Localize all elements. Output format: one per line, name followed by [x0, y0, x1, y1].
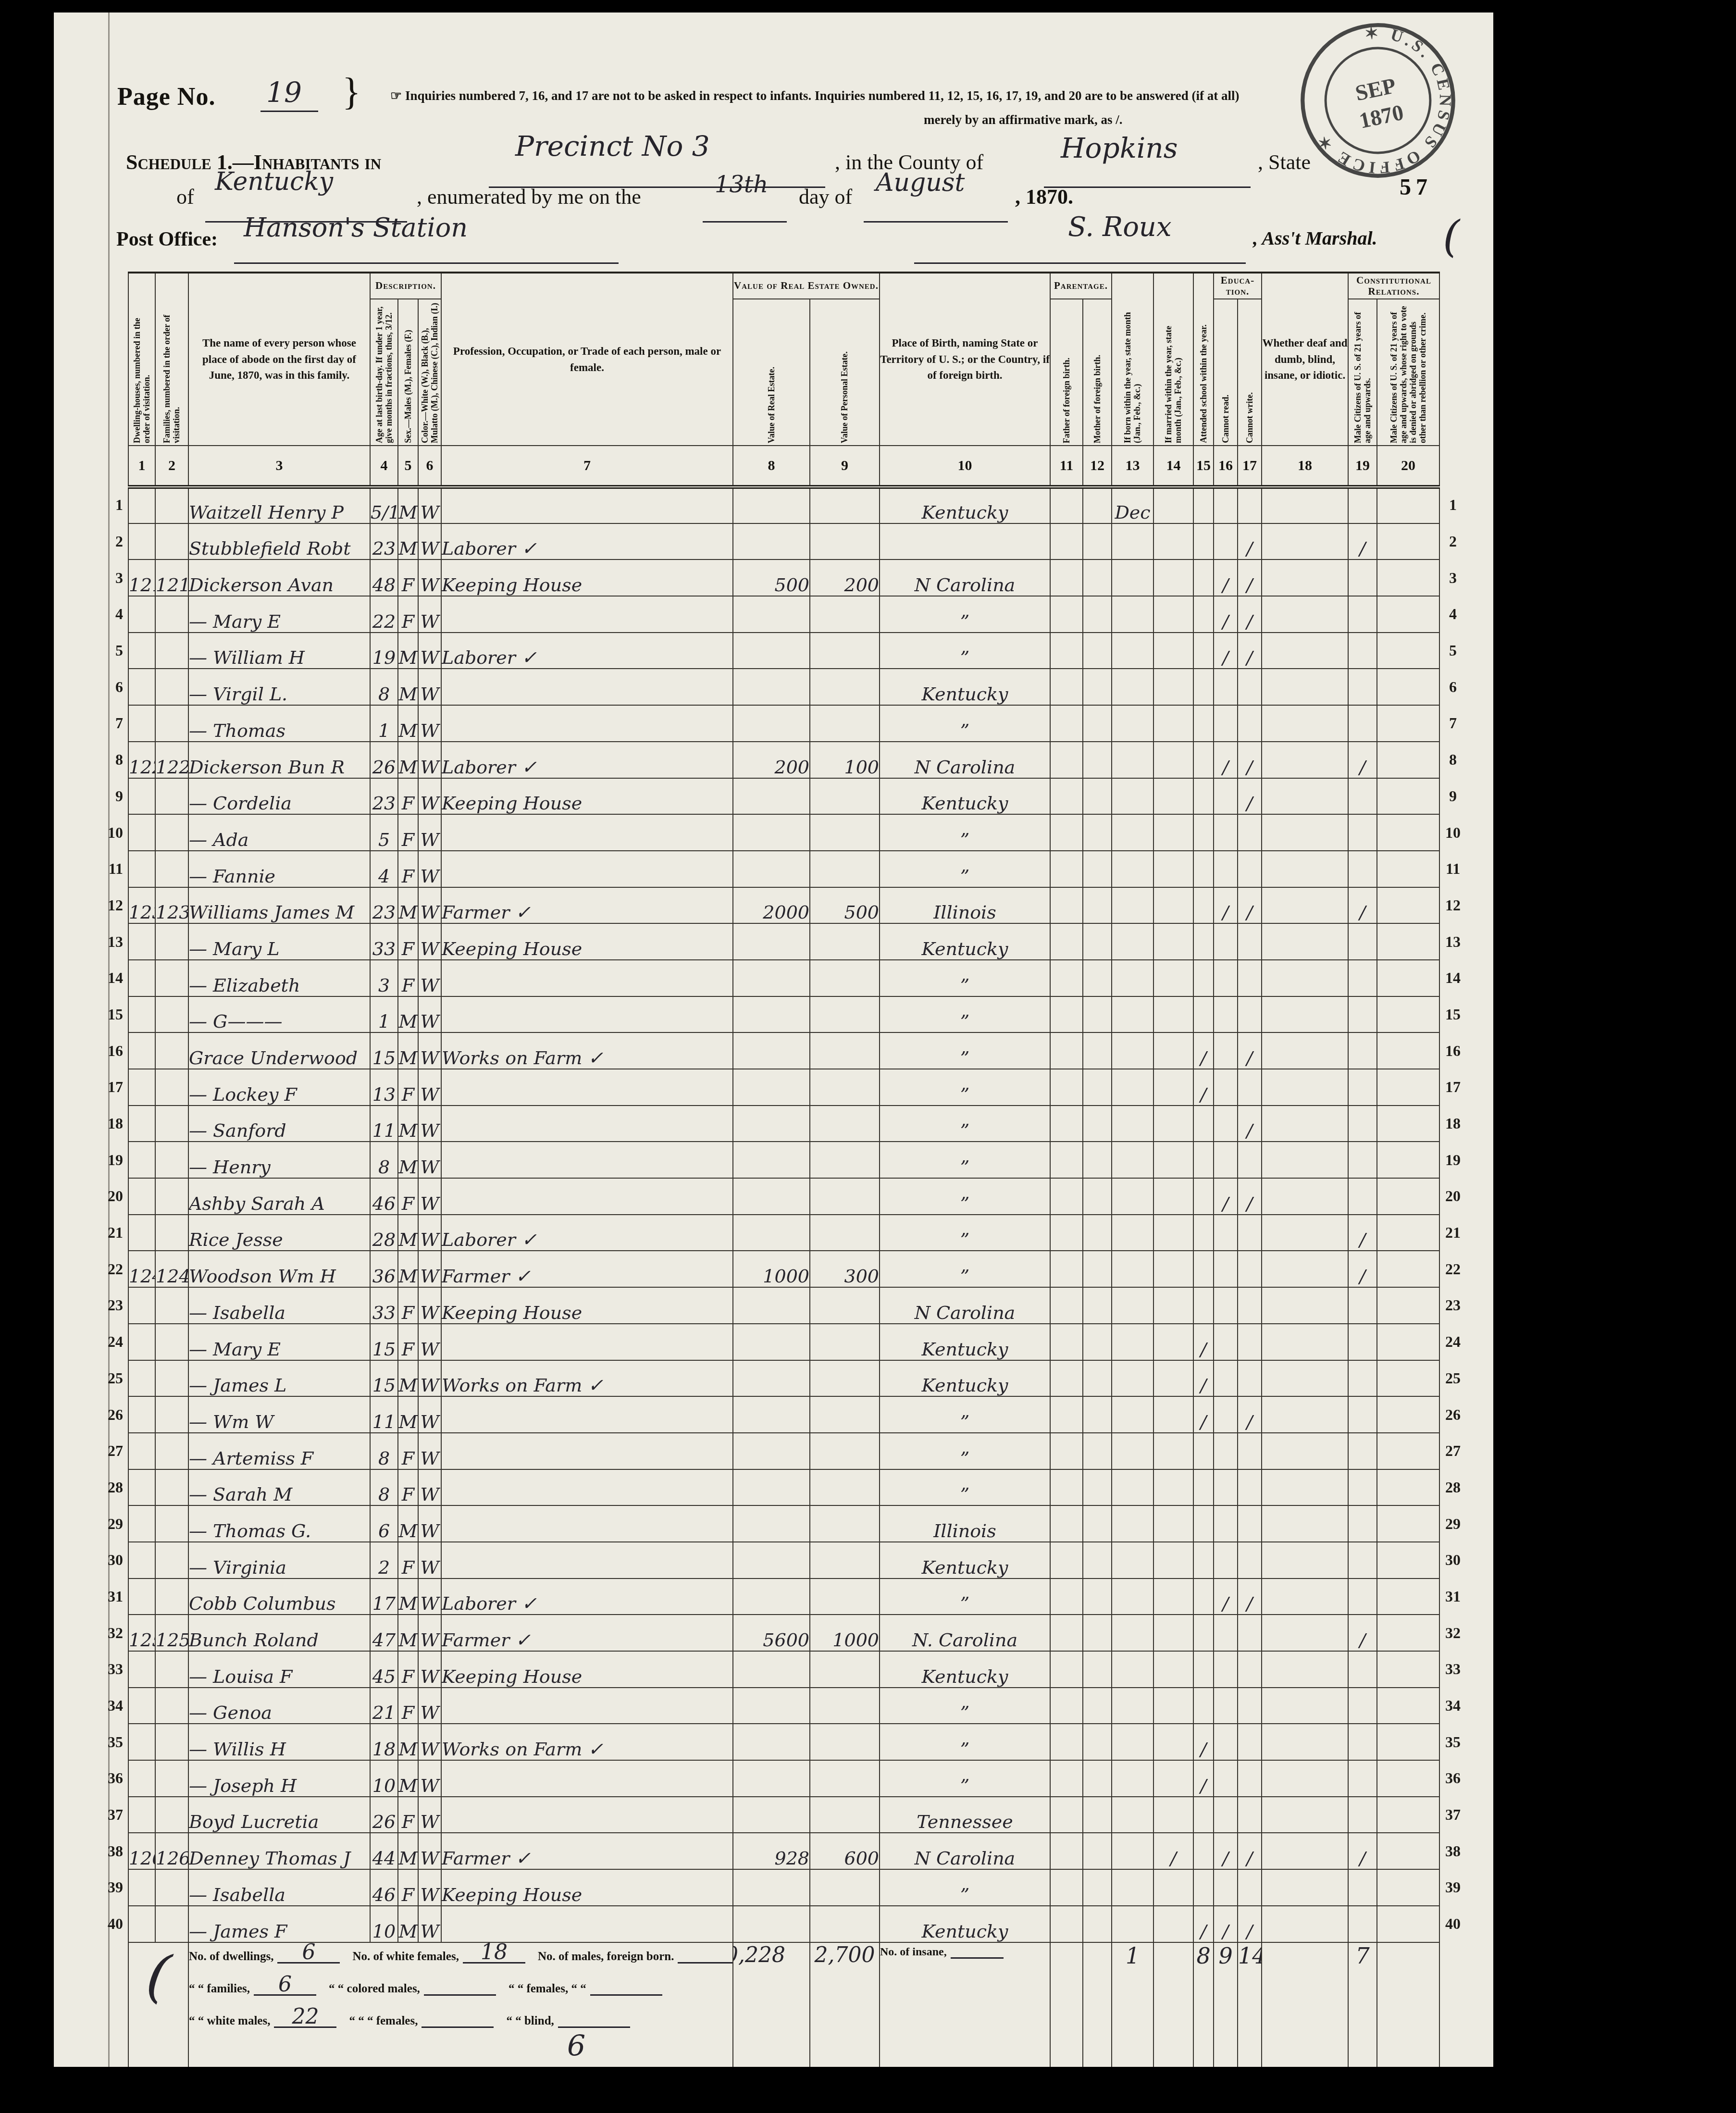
cell-f11 [1050, 1324, 1083, 1360]
cell-real [733, 487, 810, 523]
census-row: 29— Thomas G.6MWIllinois29 [104, 1505, 1466, 1542]
cell-fam [155, 1906, 188, 1942]
cell-f13 [1112, 596, 1153, 633]
foreign-females-label: “ “ females, “ “ [508, 1982, 586, 1995]
cell-f18 [1262, 814, 1348, 851]
day-value: 13th [715, 171, 768, 198]
blind-value [558, 2007, 630, 2028]
cell-f19 [1348, 596, 1377, 633]
cell-dw [128, 960, 155, 996]
cell-f12 [1083, 742, 1112, 778]
cell-f12 [1083, 923, 1112, 960]
cell-real [733, 1324, 810, 1360]
stamp-year: 1870 [1357, 100, 1406, 133]
cell-real [733, 1688, 810, 1724]
cell-f14 [1153, 1651, 1193, 1688]
cell-sex: M [398, 1142, 418, 1178]
row-number-right: 35 [1439, 1724, 1466, 1760]
cell-f20 [1377, 1251, 1439, 1287]
cell-dw [128, 1906, 155, 1942]
cell-sex: M [398, 669, 418, 705]
cell-dw [128, 523, 155, 560]
cell-pers [810, 1505, 880, 1542]
cell-age: 3 [370, 960, 398, 996]
cell-fam [155, 1215, 188, 1251]
cell-f15 [1193, 742, 1214, 778]
cell-f14 [1153, 1142, 1193, 1178]
cell-dw [128, 1505, 155, 1542]
cell-f19 [1348, 778, 1377, 815]
colored-males-label: “ “ colored males, [329, 1982, 420, 1995]
cell-f18 [1262, 742, 1348, 778]
cell-pers [810, 1032, 880, 1069]
census-row: 13— Mary L33FWKeeping HouseKentucky13 [104, 923, 1466, 960]
cell-f15 [1193, 778, 1214, 815]
cell-pers [810, 1106, 880, 1142]
cell-pers [810, 1797, 880, 1833]
cell-f17 [1238, 669, 1262, 705]
cell-f13 [1112, 1287, 1153, 1324]
cell-fam [155, 1324, 188, 1360]
cell-f17 [1238, 1760, 1262, 1797]
cell-occ [441, 1178, 733, 1215]
cell-name: — Sarah M [188, 1469, 370, 1506]
cell-f14 [1153, 1360, 1193, 1397]
cell-f17 [1238, 1360, 1262, 1397]
row-number-left: 20 [104, 1178, 128, 1215]
cell-color: W [418, 596, 441, 633]
cell-fam [155, 1069, 188, 1106]
cell-f11 [1050, 1287, 1083, 1324]
cell-f20 [1377, 1505, 1439, 1542]
cell-f12 [1083, 1251, 1112, 1287]
cell-f11 [1050, 523, 1083, 560]
month-underline [864, 221, 1008, 223]
cell-f12 [1083, 1760, 1112, 1797]
cell-f18 [1262, 1396, 1348, 1433]
cell-f12 [1083, 1032, 1112, 1069]
cell-pers: 300 [810, 1251, 880, 1287]
cell-name: — Joseph H [188, 1760, 370, 1797]
cell-f12 [1083, 1833, 1112, 1869]
cell-f15 [1193, 1833, 1214, 1869]
cell-f16 [1214, 1724, 1238, 1760]
cell-fam [155, 1869, 188, 1906]
cell-f19 [1348, 1688, 1377, 1724]
cell-sex: F [398, 559, 418, 596]
census-row: 10— Ada5FW”10 [104, 814, 1466, 851]
cell-f13 [1112, 778, 1153, 815]
cell-f20 [1377, 960, 1439, 996]
cell-color: W [418, 1760, 441, 1797]
cell-f18 [1262, 923, 1348, 960]
cell-color: W [418, 851, 441, 887]
cell-fam [155, 596, 188, 633]
cell-dw [128, 1688, 155, 1724]
cell-f17 [1238, 1869, 1262, 1906]
cell-f20 [1377, 596, 1439, 633]
cell-real [733, 523, 810, 560]
cell-pers [810, 1869, 880, 1906]
cell-f19 [1348, 1869, 1377, 1906]
cell-dw: 126 [128, 1833, 155, 1869]
cell-f11 [1050, 1469, 1083, 1506]
cell-real [733, 1433, 810, 1469]
row-number-right: 4 [1439, 596, 1466, 633]
cell-occ [441, 1906, 733, 1942]
cell-f14 [1153, 1433, 1193, 1469]
cell-f14 [1153, 487, 1193, 523]
col-head-father-foreign: Father of foreign birth. [1050, 299, 1083, 446]
cell-sex: M [398, 705, 418, 742]
cell-f19 [1348, 814, 1377, 851]
of-label: of [176, 185, 194, 209]
cell-age: 6 [370, 1505, 398, 1542]
cell-f18 [1262, 523, 1348, 560]
cell-occ [441, 1433, 733, 1469]
cell-occ: Farmer ✓ [441, 1251, 733, 1287]
cell-name: — Henry [188, 1142, 370, 1178]
cell-pers: 1000 [810, 1615, 880, 1651]
cell-f20 [1377, 1688, 1439, 1724]
row-number-left: 16 [104, 1032, 128, 1069]
cell-f19: / [1348, 1251, 1377, 1287]
cell-sex: M [398, 1396, 418, 1433]
cell-color: W [418, 778, 441, 815]
cell-f17 [1238, 1069, 1262, 1106]
col-head-name: The name of every person whose place of … [188, 273, 370, 446]
cell-sex: F [398, 851, 418, 887]
col-head-birthplace: Place of Birth, naming State or Territor… [880, 273, 1050, 446]
cell-f12 [1083, 996, 1112, 1033]
cell-color: W [418, 633, 441, 669]
cell-f20 [1377, 1542, 1439, 1579]
cell-pers [810, 851, 880, 887]
cell-fam [155, 1760, 188, 1797]
cell-age: 44 [370, 1833, 398, 1869]
cell-f17: / [1238, 633, 1262, 669]
marshal-label: , Ass't Marshal. [1253, 227, 1377, 249]
row-number-right: 26 [1439, 1396, 1466, 1433]
group-constitutional: Constitutional Relations. [1348, 273, 1439, 299]
cell-f19 [1348, 1324, 1377, 1360]
cell-color: W [418, 1178, 441, 1215]
cell-f12 [1083, 814, 1112, 851]
footer-totals-box: No. of dwellings,6 No. of white females,… [188, 1942, 733, 2067]
cell-f15 [1193, 705, 1214, 742]
cell-f16: / [1214, 1178, 1238, 1215]
census-table-body: 1Waitzell Henry P5/12MWKentuckyDec12Stub… [104, 487, 1466, 1942]
cell-f19 [1348, 1142, 1377, 1178]
males-foreign-label: No. of males, foreign born. [538, 1950, 674, 1963]
cell-f16: / [1214, 596, 1238, 633]
cell-f19 [1348, 1906, 1377, 1942]
cell-f14 [1153, 596, 1193, 633]
cell-f19: / [1348, 887, 1377, 924]
cell-f15 [1193, 596, 1214, 633]
insane-total: No. of insane, [880, 1942, 1050, 2067]
cell-f13 [1112, 1251, 1153, 1287]
census-table: Dwelling-houses, numbered in the order o… [104, 272, 1466, 2067]
cell-f12 [1083, 1615, 1112, 1651]
cell-f12 [1083, 487, 1112, 523]
cell-f16 [1214, 923, 1238, 960]
cell-name: — William H [188, 633, 370, 669]
cell-name: — Mary E [188, 1324, 370, 1360]
cell-f19 [1348, 1178, 1377, 1215]
cell-birth: ” [880, 1069, 1050, 1106]
row-number-right: 40 [1439, 1906, 1466, 1942]
cell-name: Cobb Columbus [188, 1579, 370, 1615]
cell-f20 [1377, 1651, 1439, 1688]
cell-f15 [1193, 1797, 1214, 1833]
cell-real [733, 1869, 810, 1906]
scanned-census-page: { "header": { "page_label": "Page No.", … [0, 0, 1736, 2113]
born-month-total: 1 [1112, 1942, 1153, 2067]
cannot-read-total: 9 [1214, 1942, 1238, 2067]
row-number-left: 12 [104, 887, 128, 924]
cell-f14 [1153, 814, 1193, 851]
cell-f13 [1112, 1178, 1153, 1215]
cell-f14 [1153, 1760, 1193, 1797]
cell-sex: M [398, 1360, 418, 1397]
cell-f11 [1050, 923, 1083, 960]
cell-f12 [1083, 633, 1112, 669]
cell-age: 5 [370, 814, 398, 851]
cell-f11 [1050, 1760, 1083, 1797]
cell-f13 [1112, 1651, 1153, 1688]
cell-real [733, 1069, 810, 1106]
cell-f16 [1214, 1505, 1238, 1542]
col-head-age: Age at last birth-day. If under 1 year, … [370, 299, 398, 446]
row-number-right: 16 [1439, 1032, 1466, 1069]
cell-f17 [1238, 1542, 1262, 1579]
cell-name: Bunch Roland [188, 1615, 370, 1651]
census-row: 25— James L15MWWorks on Farm ✓Kentucky/2… [104, 1360, 1466, 1397]
cell-occ: Keeping House [441, 923, 733, 960]
cell-name: — Isabella [188, 1869, 370, 1906]
cell-f20 [1377, 1797, 1439, 1833]
cell-f15: / [1193, 1324, 1214, 1360]
cell-f12 [1083, 1106, 1112, 1142]
families-value: 6 [254, 1975, 316, 1996]
cell-f17 [1238, 1215, 1262, 1251]
cell-fam [155, 778, 188, 815]
cell-occ [441, 669, 733, 705]
col-head-married-month: If married within the year, state month … [1153, 273, 1193, 446]
cell-dw [128, 1469, 155, 1506]
cell-age: 5/12 [370, 487, 398, 523]
cell-sex: F [398, 1542, 418, 1579]
cell-occ: Laborer ✓ [441, 1215, 733, 1251]
cell-f12 [1083, 1797, 1112, 1833]
cell-f13 [1112, 1215, 1153, 1251]
cell-real [733, 1287, 810, 1324]
cell-name: — Thomas G. [188, 1505, 370, 1542]
cell-sex: F [398, 1469, 418, 1506]
cell-f19 [1348, 923, 1377, 960]
cell-f20 [1377, 1579, 1439, 1615]
cell-f13 [1112, 1724, 1153, 1760]
cell-f16 [1214, 669, 1238, 705]
cell-pers [810, 669, 880, 705]
cell-f13 [1112, 1106, 1153, 1142]
cell-occ: Keeping House [441, 1869, 733, 1906]
cell-real: 200 [733, 742, 810, 778]
cell-f12 [1083, 1360, 1112, 1397]
cell-color: W [418, 487, 441, 523]
cell-f19 [1348, 996, 1377, 1033]
census-row: 11— Fannie4FW”11 [104, 851, 1466, 887]
cell-fam [155, 1178, 188, 1215]
cell-f17: / [1238, 778, 1262, 815]
cell-dw [128, 596, 155, 633]
cell-f11 [1050, 887, 1083, 924]
cell-name: — G——— [188, 996, 370, 1033]
cell-color: W [418, 814, 441, 851]
cell-f15 [1193, 996, 1214, 1033]
census-row: 4— Mary E22FW”//4 [104, 596, 1466, 633]
col-head-male-citizens-denied: Male Citizens of U. S. of 21 years of ag… [1377, 299, 1439, 446]
cell-fam [155, 1360, 188, 1397]
cell-birth: ” [880, 1032, 1050, 1069]
row-number-right: 23 [1439, 1287, 1466, 1324]
cell-f11 [1050, 1724, 1083, 1760]
cell-dw [128, 1032, 155, 1069]
group-parentage: Parentage. [1050, 273, 1112, 299]
cell-f20 [1377, 1178, 1439, 1215]
cell-fam [155, 1505, 188, 1542]
cell-f16 [1214, 1251, 1238, 1287]
cell-birth: ” [880, 1215, 1050, 1251]
cell-real [733, 1106, 810, 1142]
cell-name: — Virginia [188, 1542, 370, 1579]
cell-birth: ” [880, 1178, 1050, 1215]
cell-age: 8 [370, 1469, 398, 1506]
cell-fam [155, 1579, 188, 1615]
cell-color: W [418, 559, 441, 596]
cell-f11 [1050, 742, 1083, 778]
row-number-left: 5 [104, 633, 128, 669]
cell-f19 [1348, 1360, 1377, 1397]
row-number-right: 21 [1439, 1215, 1466, 1251]
cell-birth: ” [880, 1469, 1050, 1506]
cell-occ: Farmer ✓ [441, 1615, 733, 1651]
cell-f17 [1238, 1142, 1262, 1178]
col-head-cannot-write: Cannot write. [1238, 299, 1262, 446]
row-number-right: 5 [1439, 633, 1466, 669]
families-label: “ “ families, [189, 1982, 250, 1995]
cell-f17 [1238, 1251, 1262, 1287]
cell-f20 [1377, 1287, 1439, 1324]
cell-f11 [1050, 1615, 1083, 1651]
col-head-personal-estate: Value of Personal Estate. [810, 299, 880, 446]
cell-fam [155, 1142, 188, 1178]
cell-real [733, 778, 810, 815]
cell-f15 [1193, 1579, 1214, 1615]
cell-pers [810, 1069, 880, 1106]
cell-f17: / [1238, 1906, 1262, 1942]
cell-f16: / [1214, 887, 1238, 924]
cell-age: 2 [370, 1542, 398, 1579]
cell-f18 [1262, 669, 1348, 705]
cell-real: 2000 [733, 887, 810, 924]
cell-sex: M [398, 1615, 418, 1651]
signature-flourish: ( [1443, 211, 1460, 262]
cell-f20 [1377, 1032, 1439, 1069]
cell-dw [128, 814, 155, 851]
row-number-left: 27 [104, 1433, 128, 1469]
cell-f16 [1214, 1469, 1238, 1506]
cell-fam: 124 [155, 1251, 188, 1287]
cell-f13 [1112, 1615, 1153, 1651]
cell-f18 [1262, 1215, 1348, 1251]
cell-f16 [1214, 1324, 1238, 1360]
cell-pers [810, 523, 880, 560]
census-row: 20Ashby Sarah A46FW”//20 [104, 1178, 1466, 1215]
cell-f16 [1214, 814, 1238, 851]
cell-dw [128, 1797, 155, 1833]
row-number-right: 38 [1439, 1833, 1466, 1869]
row-number-right: 3 [1439, 559, 1466, 596]
cell-f18 [1262, 1433, 1348, 1469]
cell-f20 [1377, 1615, 1439, 1651]
cell-name: — Artemiss F [188, 1433, 370, 1469]
cell-name: — Thomas [188, 705, 370, 742]
row-number-left: 14 [104, 960, 128, 996]
cell-f17 [1238, 1469, 1262, 1506]
census-row: 6— Virgil L.8MWKentucky6 [104, 669, 1466, 705]
cell-dw [128, 1106, 155, 1142]
row-number-right: 25 [1439, 1360, 1466, 1397]
cell-f16 [1214, 1615, 1238, 1651]
cell-f15 [1193, 487, 1214, 523]
row-number-left: 23 [104, 1287, 128, 1324]
cell-fam [155, 814, 188, 851]
census-row: 23— Isabella33FWKeeping HouseN Carolina2… [104, 1287, 1466, 1324]
row-number-right: 22 [1439, 1251, 1466, 1287]
cell-f16: / [1214, 1833, 1238, 1869]
cell-age: 11 [370, 1396, 398, 1433]
cell-f14 [1153, 559, 1193, 596]
row-number-left: 25 [104, 1360, 128, 1397]
col-head-occupation: Profession, Occupation, or Trade of each… [441, 273, 733, 446]
precinct-value: Precinct No 3 [515, 130, 710, 162]
cell-occ [441, 1396, 733, 1433]
cell-age: 33 [370, 1287, 398, 1324]
cell-f17 [1238, 487, 1262, 523]
cell-f15 [1193, 1542, 1214, 1579]
cell-f16 [1214, 1396, 1238, 1433]
row-number-left: 33 [104, 1651, 128, 1688]
cell-birth: N Carolina [880, 559, 1050, 596]
cell-real [733, 1542, 810, 1579]
cell-fam: 126 [155, 1833, 188, 1869]
cell-f13 [1112, 1505, 1153, 1542]
cell-f12 [1083, 559, 1112, 596]
cell-f15 [1193, 923, 1214, 960]
cell-color: W [418, 1833, 441, 1869]
cell-birth: ” [880, 1251, 1050, 1287]
row-number-left: 36 [104, 1760, 128, 1797]
cell-color: W [418, 923, 441, 960]
colored-males-value [424, 1975, 496, 1996]
cell-color: W [418, 523, 441, 560]
cell-f20 [1377, 742, 1439, 778]
cell-f20 [1377, 1869, 1439, 1906]
cell-name: — Elizabeth [188, 960, 370, 996]
cell-f15: / [1193, 1906, 1214, 1942]
